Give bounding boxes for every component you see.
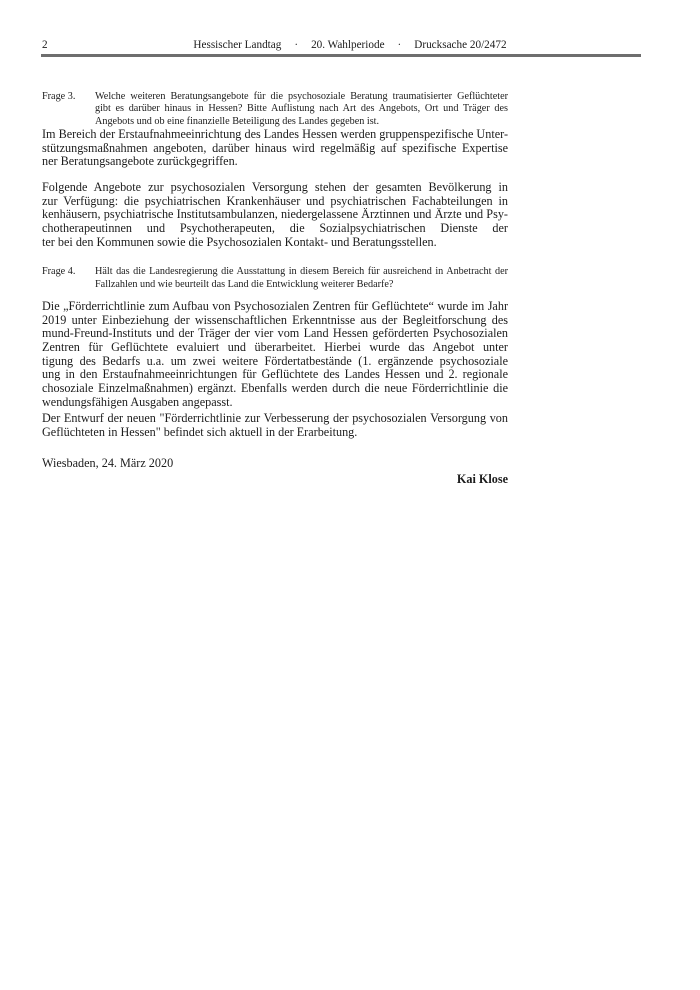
text-line: chotherapeutinnen und Psychotherapeuten,… [42, 222, 508, 236]
document-body: Frage 3. Welche weiteren Beratungsangebo… [42, 91, 508, 486]
text-line: mund-Freund-Instituts und der Träger der… [42, 327, 508, 341]
answer-paragraph: Im Bereich der Erstaufnahmeeinrichtung d… [42, 128, 508, 169]
header-legislative-period: 20. Wahlperiode [311, 39, 384, 52]
answer-paragraph: Folgende Angebote zur psychosozialen Ver… [42, 181, 508, 249]
question-text: Welche weiteren Beratungsangebote für di… [95, 91, 508, 128]
place-and-date: Wiesbaden, 24. März 2020 [42, 457, 508, 471]
text-line: Angebots und ob eine finanzielle Beteili… [95, 116, 508, 128]
document-page: 2 Hessischer Landtag · 20. Wahlperiode ·… [0, 0, 700, 990]
text-line: kenhäusern, psychiatrische Institutsambu… [42, 208, 508, 222]
text-line: zur Verfügung: die psychiatrischen Krank… [42, 195, 508, 209]
text-line: Zentren für Geflüchtete evaluiert und üb… [42, 341, 508, 355]
text-line: ter bei den Kommunen sowie die Psychosoz… [42, 236, 508, 250]
text-line: tigung des Bedarfs u.a. um zwei weitere … [42, 355, 508, 369]
text-line: Fallzahlen und wie beurteilt das Land di… [95, 279, 508, 291]
text-line: gibt es darüber hinaus in Hessen? Bitte … [95, 103, 508, 115]
text-line: chosoziale Einzelmaßnahmen) ergänzt. Ebe… [42, 382, 508, 396]
text-line: stützungsmaßnahmen angeboten, darüber hi… [42, 142, 508, 156]
text-line: Geflüchteten in Hessen" befindet sich ak… [42, 426, 508, 440]
running-header: Hessischer Landtag · 20. Wahlperiode · D… [0, 39, 700, 52]
text-line: ung in den Erstaufnahmeeinrichtungen für… [42, 368, 508, 382]
header-institution: Hessischer Landtag [193, 39, 281, 52]
answer-paragraph: Die „Förderrichtlinie zum Aufbau von Psy… [42, 300, 508, 410]
header-separator-dot: · [294, 39, 298, 52]
text-line: Der Entwurf der neuen "Förderrichtlinie … [42, 412, 508, 426]
text-line: 2019 unter Einbeziehung der wissenschaft… [42, 314, 508, 328]
text-line: wendungsfähigen Ausgaben angepasst. [42, 396, 508, 410]
header-document-number: Drucksache 20/2472 [414, 39, 506, 52]
question-text: Hält das die Landesregierung die Ausstat… [95, 266, 508, 291]
text-line: Hält das die Landesregierung die Ausstat… [95, 266, 508, 278]
text-line: Die „Förderrichtlinie zum Aufbau von Psy… [42, 300, 508, 314]
question-label: Frage 3. [42, 91, 95, 128]
header-rule [41, 54, 641, 57]
question-frage-3: Frage 3. Welche weiteren Beratungsangebo… [42, 91, 508, 128]
signature-name: Kai Klose [42, 473, 508, 487]
text-line: Welche weiteren Beratungsangebote für di… [95, 91, 508, 103]
question-frage-4: Frage 4. Hält das die Landesregierung di… [42, 266, 508, 291]
text-line: ner Beratungsangebote zurückgegriffen. [42, 155, 508, 169]
text-line: Im Bereich der Erstaufnahmeeinrichtung d… [42, 128, 508, 142]
header-separator-dot: · [398, 39, 402, 52]
question-label: Frage 4. [42, 266, 95, 291]
answer-paragraph: Der Entwurf der neuen "Förderrichtlinie … [42, 412, 508, 439]
text-line: Folgende Angebote zur psychosozialen Ver… [42, 181, 508, 195]
